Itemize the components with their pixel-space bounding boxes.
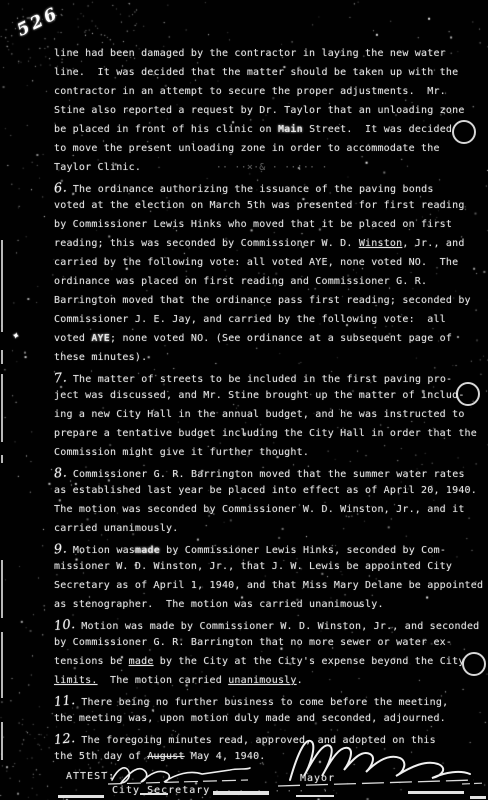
typed-line: ject was discussed, and Mr. Stine brough…: [54, 390, 478, 409]
punch-hole-icon: [456, 382, 480, 406]
film-edge-mark: [1, 374, 3, 442]
film-edge-mark: [1, 722, 3, 760]
typed-line: carried unanimously.: [54, 523, 478, 542]
typed-line: Barrington moved that the ordinance pass…: [54, 295, 478, 314]
typed-line: missioner W. D. Winston, Jr., that J. W.…: [54, 561, 478, 580]
typed-line: Taylor Clinic. ·· ··×·& · ··:·· ·: [54, 162, 478, 181]
typed-line: carried by the following vote: all voted…: [54, 257, 478, 276]
typed-line: voted AYE; none voted NO. (See ordinance…: [54, 333, 478, 352]
typed-line: limits. The motion carried unanimously.: [54, 675, 478, 694]
typed-line: 9.Motion wasmade by Commissioner Lewis H…: [54, 542, 478, 561]
typed-line: line. It was decided that the matter sho…: [54, 67, 478, 86]
film-edge-mark: [1, 350, 3, 364]
typed-line: Commissioner J. E. Jay, and carried by t…: [54, 314, 478, 333]
typed-line: 10.Motion was made by Commissioner W. D.…: [54, 618, 478, 637]
typed-line: as established last year be placed into …: [54, 485, 478, 504]
typed-line: ordinance was placed on first reading an…: [54, 276, 478, 295]
typed-line: 6.The ordinance authorizing the issuance…: [54, 181, 478, 200]
typed-line: by Commissioner Lewis Hinks who moved th…: [54, 219, 478, 238]
signature-block: ATTEST: City Secretary · · · · · · · · M…: [0, 758, 488, 800]
typed-line: prepare a tentative budget including the…: [54, 428, 478, 447]
handwritten-item-number: 12.: [53, 731, 76, 748]
punch-hole-icon: [452, 120, 476, 144]
typed-line: tensions be made by the City at the City…: [54, 656, 478, 675]
scanned-minutes-page: 526 ✦ line had been damaged by the contr…: [0, 0, 488, 800]
handwritten-item-number: 11.: [53, 693, 76, 710]
typed-line: 8.Commissioner G. R. Barrington moved th…: [54, 466, 478, 485]
typed-line: ing a new City Hall in the annual budget…: [54, 409, 478, 428]
handwritten-item-number: 9.: [53, 541, 67, 557]
typed-line: Secretary as of April 1, 1940, and that …: [54, 580, 478, 599]
handwritten-item-number: 8.: [53, 465, 67, 481]
typed-line: line had been damaged by the contractor …: [54, 48, 478, 67]
typed-line: Commission might give it further thought…: [54, 447, 478, 466]
handwritten-item-number: 7.: [53, 370, 67, 386]
handwritten-item-number: 6.: [53, 180, 67, 196]
typed-line: by Commissioner G. R. Barrington that no…: [54, 637, 478, 656]
typed-line: be placed in front of his clinic on Main…: [54, 124, 478, 143]
typed-line: reading; this was seconded by Commission…: [54, 238, 478, 257]
film-edge-mark: [1, 455, 3, 463]
punch-hole-icon: [462, 652, 486, 676]
film-edge-mark: [1, 560, 3, 618]
typed-line: to move the present unloading zone in or…: [54, 143, 478, 162]
handwritten-item-number: 10.: [53, 617, 76, 634]
typed-line: as stenographer. The motion was carried …: [54, 599, 478, 618]
film-edge-mark: [1, 632, 3, 698]
typed-line: Stine also reported a request by Dr. Tay…: [54, 105, 478, 124]
typed-line: The motion was seconded by Commissioner …: [54, 504, 478, 523]
typed-line: contractor in an attempt to secure the p…: [54, 86, 478, 105]
typed-line: 11.There being no further business to co…: [54, 694, 478, 713]
typed-line: 7.The matter of streets to be included i…: [54, 371, 478, 390]
typed-line: these minutes).: [54, 352, 478, 371]
typed-text-block: line had been damaged by the contractor …: [54, 48, 478, 770]
typed-line: voted at the election on March 5th was p…: [54, 200, 478, 219]
city-secretary-signature: [98, 758, 273, 798]
mayor-signature: [266, 714, 488, 792]
film-edge-mark: [1, 240, 3, 332]
